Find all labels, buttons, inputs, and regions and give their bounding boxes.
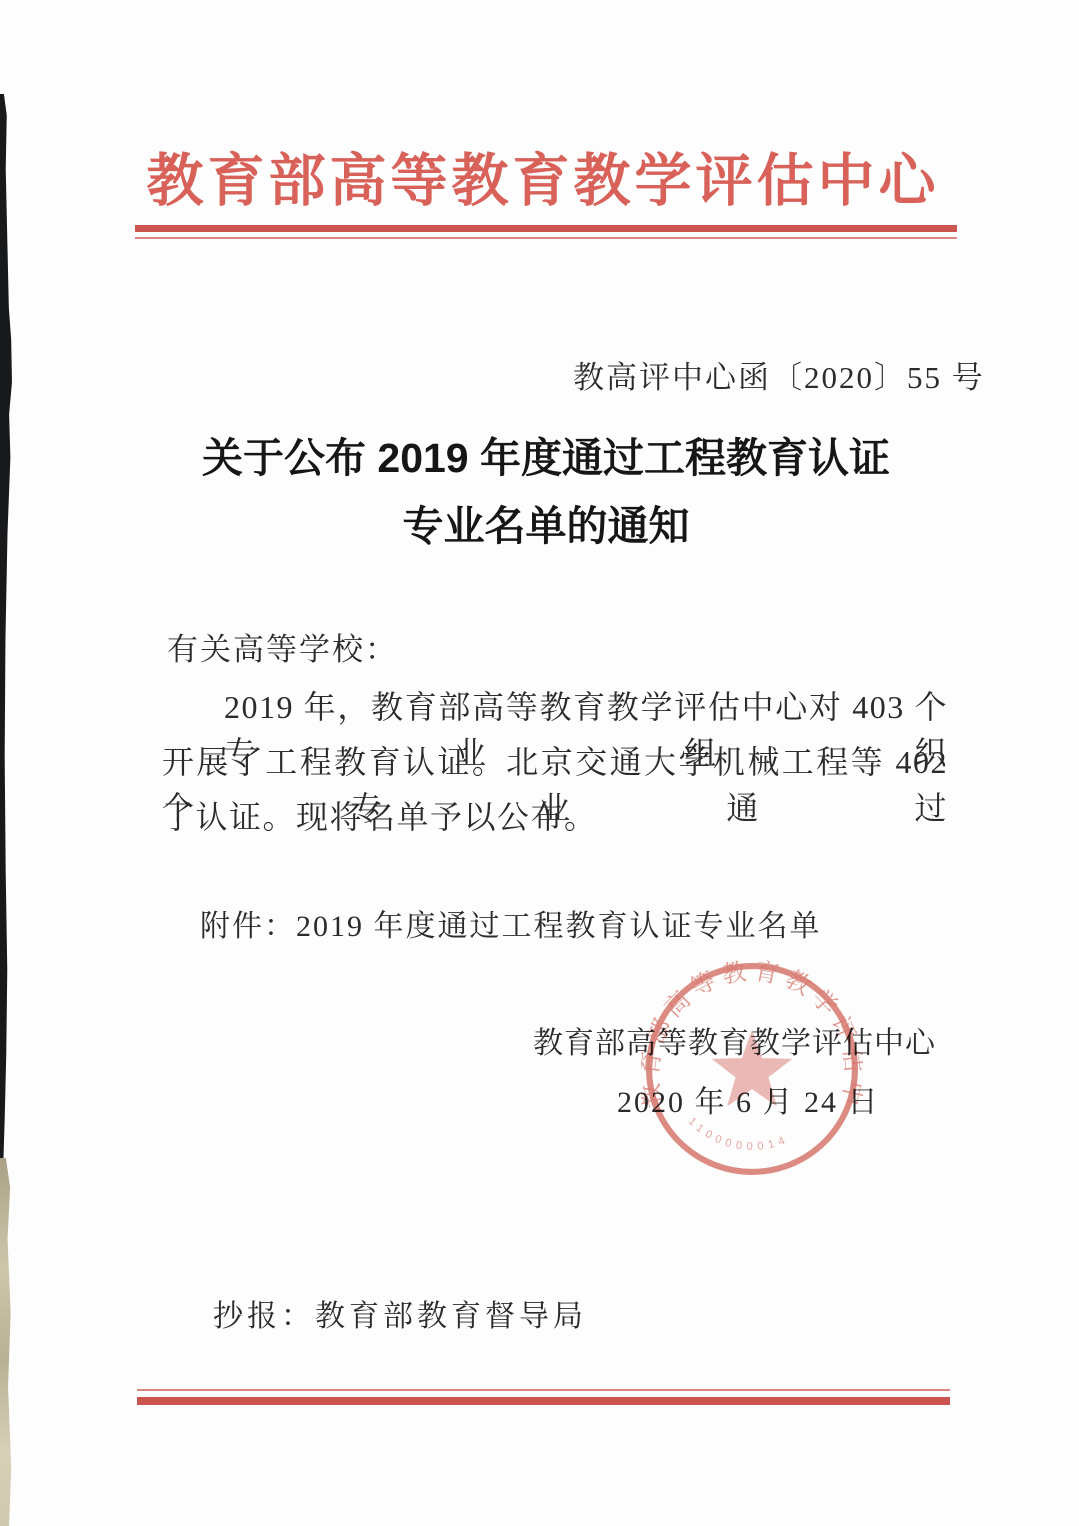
letterhead-rule-thick (135, 225, 957, 232)
footer-rule-thick (137, 1397, 950, 1405)
scan-edge-desk-strip (0, 1158, 13, 1526)
letterhead-rule-thin (135, 237, 957, 239)
salutation: 有关高等学校： (167, 624, 398, 669)
scanned-document-page: 教育部高等教育教学评估中心 教高评中心函〔2020〕55 号 关于公布 2019… (0, 0, 1079, 1526)
attachment-line: 附件：2019 年度通过工程教育认证专业名单 (200, 901, 822, 945)
doc-title-line2: 专业名单的通知 (135, 502, 957, 550)
doc-title: 关于公布 2019 年度通过工程教育认证 专业名单的通知 (135, 434, 957, 550)
scan-edge-black-strip (0, 94, 13, 1162)
official-seal: 教育部高等教育教学评估中心 1100000014 (641, 958, 863, 1180)
body-paragraph-line-3: 了认证。现将名单予以公布。 (162, 792, 948, 838)
cc-line: 抄报：教育部教育督导局 (213, 1291, 587, 1335)
seal-code: 1100000014 (686, 1115, 792, 1153)
footer-rule-thin (137, 1389, 950, 1391)
seal-star-icon (712, 1030, 793, 1107)
letterhead-org-name: 教育部高等教育教学评估中心 (132, 142, 954, 220)
doc-title-line1: 关于公布 2019 年度通过工程教育认证 (135, 434, 957, 482)
doc-number: 教高评中心函〔2020〕55 号 (573, 352, 985, 397)
